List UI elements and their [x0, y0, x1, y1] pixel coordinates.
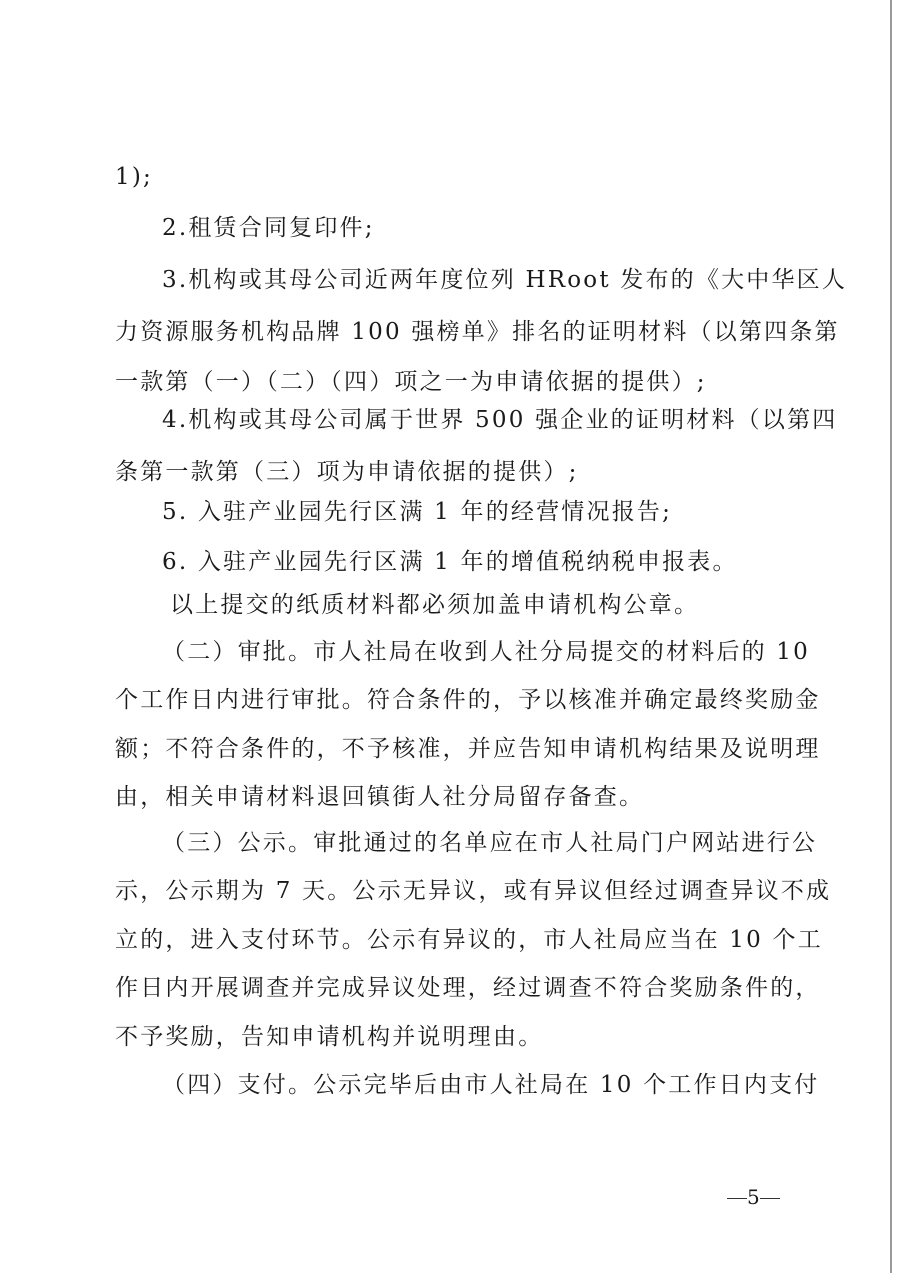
text-line: 2.租赁合同复印件; [162, 213, 375, 243]
text-line: （二）审批。市人社局在收到人社分局提交的材料后的 10 [162, 637, 810, 667]
text-line: 立的，进入支付环节。公示有异议的，市人社局应当在 10 个工 [115, 925, 823, 955]
text-line: 作日内开展调查并完成异议处理，经过调查不符合奖励条件的， [115, 973, 821, 1003]
text-line: 3.机构或其母公司近两年度位列 HRoot 发布的《大中华区人 [162, 265, 847, 295]
page-number: 5 [727, 1185, 780, 1209]
page-number-dash-left [727, 1198, 747, 1199]
text-line: 4.机构或其母公司属于世界 500 强企业的证明材料（以第四 [162, 405, 837, 435]
text-line: 额；不符合条件的，不予核准，并应告知申请机构结果及说明理 [115, 734, 821, 764]
page-number-value: 5 [747, 1185, 760, 1209]
text-line: （三）公示。审批通过的名单应在市人社局门户网站进行公 [162, 828, 817, 858]
text-line: 个工作日内进行审批。符合条件的，予以核准并确定最终奖励金 [115, 685, 821, 715]
text-line: 一款第（一）（二）（四）项之一为申请依据的提供）; [115, 367, 707, 397]
text-line: 示，公示期为 7 天。公示无异议，或有异议但经过调查异议不成 [115, 876, 831, 906]
text-line: 6. 入驻产业园先行区满 1 年的增值税纳税申报表。 [162, 547, 738, 577]
page-number-dash-right [760, 1198, 780, 1199]
text-line: 5. 入驻产业园先行区满 1 年的经营情况报告; [162, 497, 672, 527]
text-line: 不予奖励，告知申请机构并说明理由。 [115, 1022, 543, 1052]
text-line: 以上提交的纸质材料都必须加盖申请机构公章。 [170, 590, 699, 620]
scan-edge-line [890, 0, 892, 1273]
text-line: （四）支付。公示完毕后由市人社局在 10 个工作日内支付 [162, 1070, 820, 1100]
text-line: 1); [115, 162, 153, 192]
text-line: 条第一款第（三）项为申请依据的提供）; [115, 457, 579, 487]
text-line: 力资源服务机构品牌 100 强榜单》排名的证明材料（以第四条第 [115, 317, 840, 347]
text-line: 由，相关申请材料退回镇街人社分局留存备查。 [115, 782, 644, 812]
